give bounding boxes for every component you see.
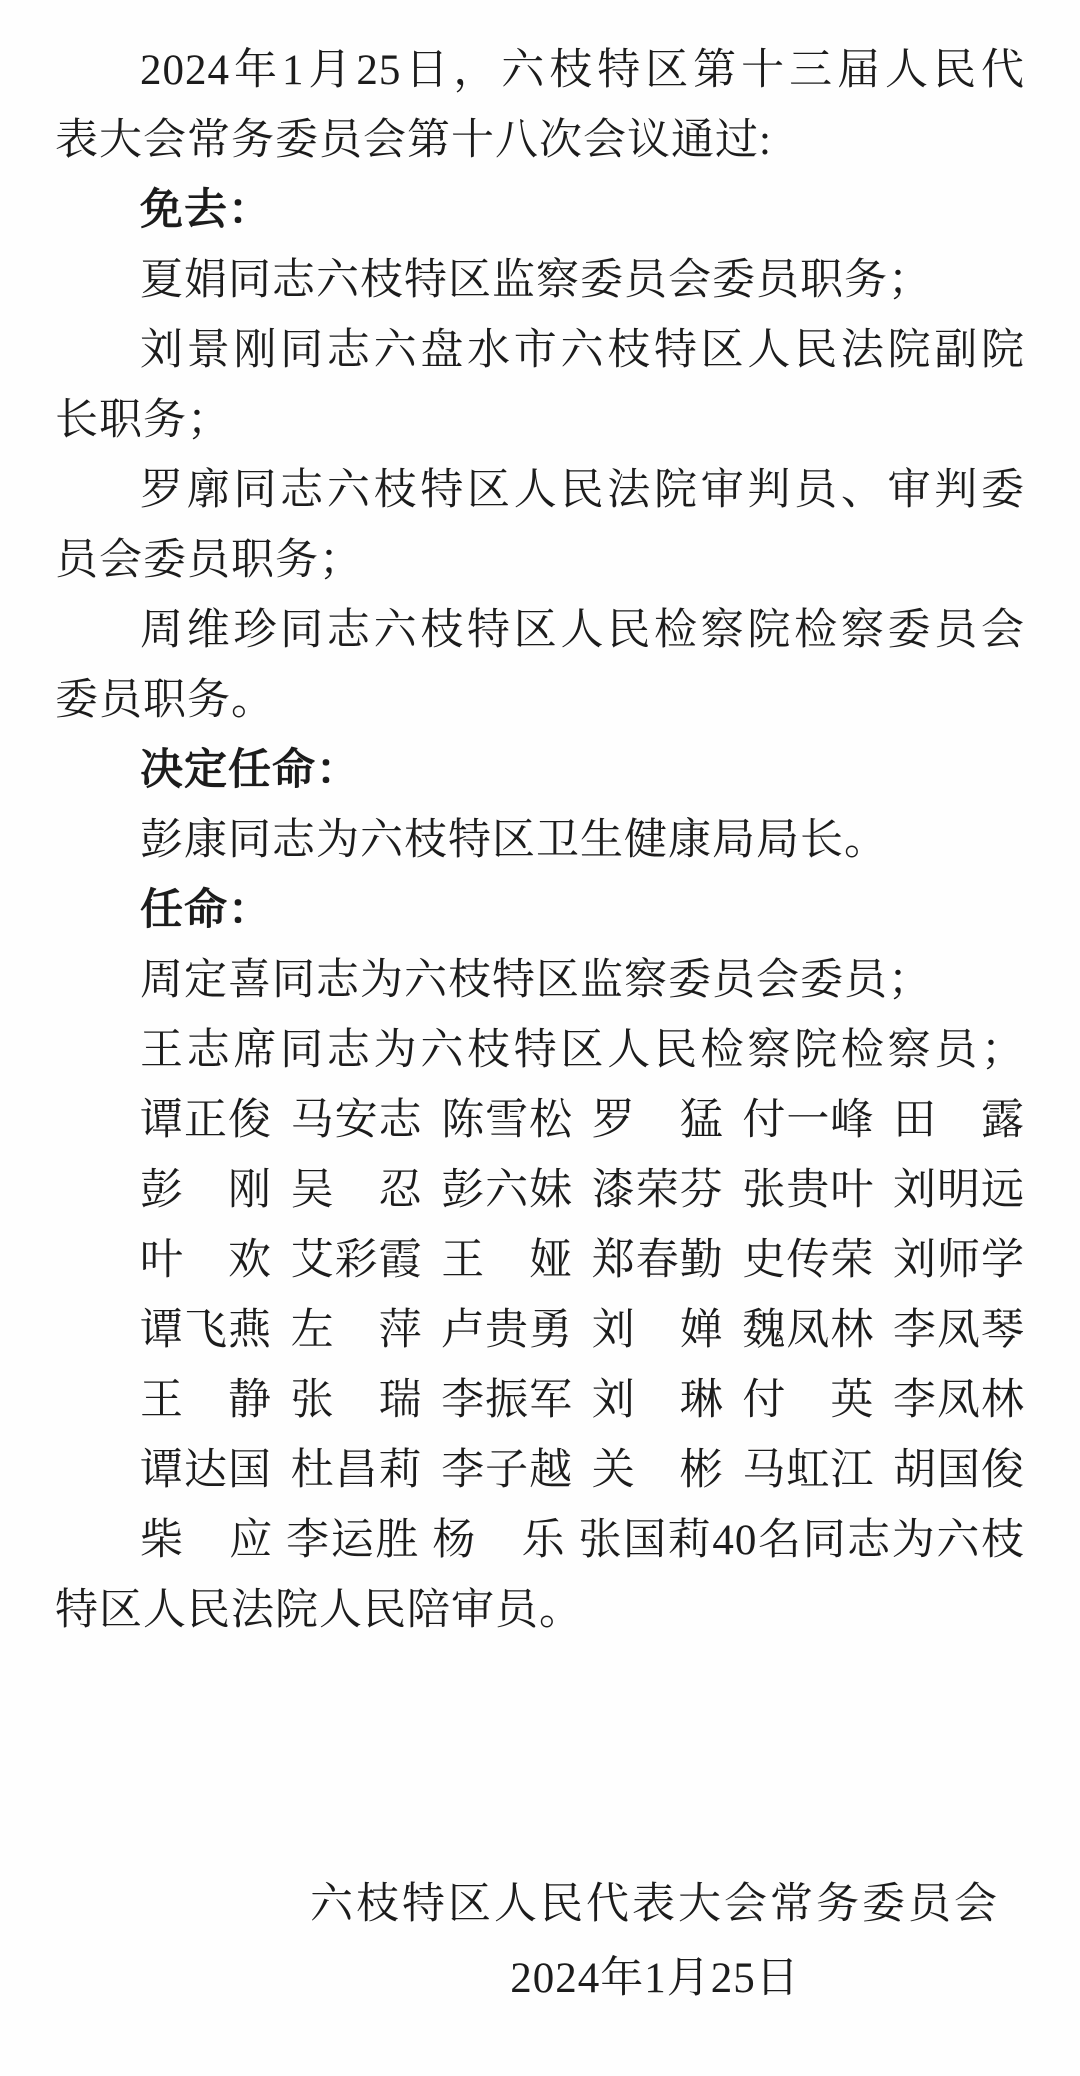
juror-name: 王 静 [140,1366,272,1436]
juror-names-row-5: 王 静 张 瑞 李振军 刘 琳 付 英 李凤林 [55,1366,1025,1436]
removal-item-liujinggang-1: 刘景刚同志六盘水市六枝特区人民法院副院 [55,316,1025,386]
juror-name: 李凤琴 [893,1296,1025,1366]
juror-name: 郑春勤 [592,1226,724,1296]
removal-item-luokuo-2: 员会委员职务； [55,526,1025,596]
juror-name: 魏凤林 [742,1296,874,1366]
removal-item-xiajuan: 夏娟同志六枝特区监察委员会委员职务； [55,246,1025,316]
juror-names-row-6: 谭达国 杜昌莉 李子越 关 彬 马虹江 胡国俊 [55,1436,1025,1506]
juror-names-last-row: 柴 应 李运胜 杨 乐 张国莉40名同志为六枝 [55,1506,1025,1576]
appointment-item-wangzhixi: 王志席同志为六枝特区人民检察院检察员； [55,1016,1025,1086]
juror-name: 马虹江 [742,1436,874,1506]
juror-name: 叶 欢 [140,1226,272,1296]
juror-name: 刘 琳 [592,1366,724,1436]
juror-name: 谭飞燕 [140,1296,272,1366]
juror-name: 彭六妹 [441,1156,573,1226]
signature-block: 六枝特区人民代表大会常务委员会 2024年1月25日 [55,1870,1000,2014]
juror-name: 漆荣芬 [592,1156,724,1226]
juror-name: 杜昌莉 [291,1436,423,1506]
signature-inner: 六枝特区人民代表大会常务委员会 2024年1月25日 [310,1870,1000,2014]
juror-name: 刘 婵 [592,1296,724,1366]
removal-item-zhouweizhen-1: 周维珍同志六枝特区人民检察院检察委员会 [55,596,1025,666]
opening-line-2: 表大会常务委员会第十八次会议通过: [55,106,1025,176]
juror-name: 李凤林 [893,1366,1025,1436]
juror-names-row-2: 彭 刚 吴 忍 彭六妹 漆荣芬 张贵叶 刘明远 [55,1156,1025,1226]
juror-names-row-3: 叶 欢 艾彩霞 王 娅 郑春勤 史传荣 刘师学 [55,1226,1025,1296]
issue-date: 2024年1月25日 [310,1944,1000,2014]
juror-name: 胡国俊 [893,1436,1025,1506]
juror-name: 田 露 [893,1086,1025,1156]
juror-name: 谭正俊 [140,1086,272,1156]
juror-name: 张 瑞 [291,1366,423,1436]
juror-name: 李子越 [441,1436,573,1506]
issuing-authority: 六枝特区人民代表大会常务委员会 [310,1870,1000,1940]
resolution-document: 2024年1月25日，六枝特区第十三届人民代 表大会常务委员会第十八次会议通过:… [0,0,1080,2076]
juror-name: 卢贵勇 [441,1296,573,1366]
appointment-heading: 任命： [55,876,1025,946]
juror-name: 吴 忍 [291,1156,423,1226]
removal-item-luokuo-1: 罗廓同志六枝特区人民法院审判员、审判委 [55,456,1025,526]
removal-heading: 免去： [55,176,1025,246]
juror-name: 付 英 [742,1366,874,1436]
decision-appointment-item-pengkang: 彭康同志为六枝特区卫生健康局局长。 [55,806,1025,876]
juror-name: 马安志 [291,1086,423,1156]
juror-name: 王 娅 [441,1226,573,1296]
decision-appointment-heading: 决定任命： [55,736,1025,806]
juror-names-row-1: 谭正俊 马安志 陈雪松 罗 猛 付一峰 田 露 [55,1086,1025,1156]
juror-name: 左 萍 [291,1296,423,1366]
juror-name: 张贵叶 [742,1156,874,1226]
juror-name: 刘师学 [893,1226,1025,1296]
juror-name: 李振军 [441,1366,573,1436]
juror-name: 付一峰 [742,1086,874,1156]
juror-names-row-4: 谭飞燕 左 萍 卢贵勇 刘 婵 魏凤林 李凤琴 [55,1296,1025,1366]
juror-closing-line: 特区人民法院人民陪审员。 [55,1576,1025,1646]
juror-name: 史传荣 [742,1226,874,1296]
juror-name: 罗 猛 [592,1086,724,1156]
appointment-item-zhoudingxi: 周定喜同志为六枝特区监察委员会委员； [55,946,1025,1016]
juror-name: 关 彬 [592,1436,724,1506]
juror-name: 彭 刚 [140,1156,272,1226]
juror-name: 谭达国 [140,1436,272,1506]
juror-name: 艾彩霞 [291,1226,423,1296]
juror-name: 刘明远 [893,1156,1025,1226]
removal-item-zhouweizhen-2: 委员职务。 [55,666,1025,736]
opening-line-1: 2024年1月25日，六枝特区第十三届人民代 [55,36,1025,106]
juror-name: 陈雪松 [441,1086,573,1156]
removal-item-liujinggang-2: 长职务； [55,386,1025,456]
